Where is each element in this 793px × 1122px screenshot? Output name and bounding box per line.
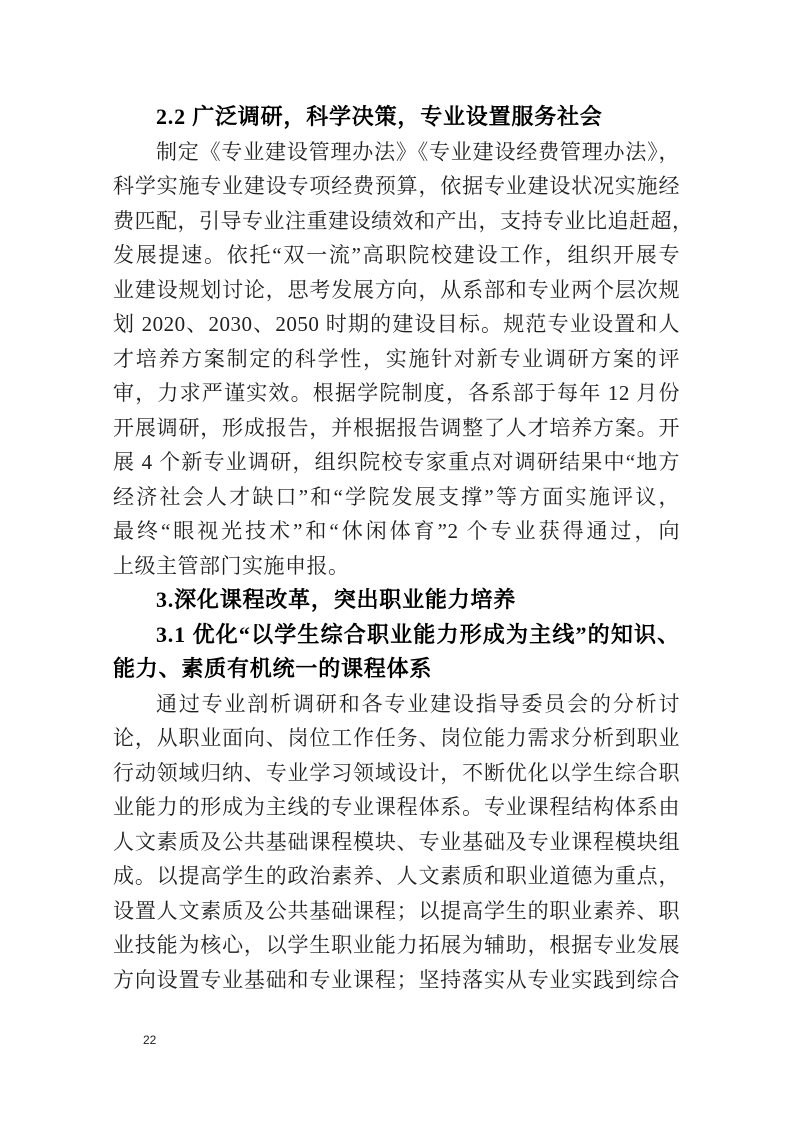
text-line: 成。以提高学生的政治素养、人文素质和职业道德为重点，	[113, 859, 680, 894]
text-line: 开展调研，形成报告，并根据报告调整了人才培养方案。开	[113, 411, 680, 446]
text-line: 费匹配，引导专业注重建设绩效和产出，支持专业比追赶超，	[113, 204, 680, 239]
text-line: 审，力求严谨实效。根据学院制度，各系部于每年 12 月份	[113, 376, 680, 411]
text-line: 方向设置专业基础和专业课程；坚持落实从专业实践到综合	[113, 963, 680, 998]
text-line: 制定《专业建设管理办法》《专业建设经费管理办法》，	[113, 135, 680, 170]
document-page: 2.2 广泛调研，科学决策，专业设置服务社会制定《专业建设管理办法》《专业建设经…	[0, 0, 793, 1122]
heading-line: 能力、素质有机统一的课程体系	[113, 652, 680, 687]
text-line: 通过专业剖析调研和各专业建设指导委员会的分析讨	[113, 687, 680, 722]
text-line: 最终“眼视光技术”和“休闲体育”2 个专业获得通过，向	[113, 514, 680, 549]
text-line: 论，从职业面向、岗位工作任务、岗位能力需求分析到职业	[113, 721, 680, 756]
text-line: 业技能为核心，以学生职业能力拓展为辅助，根据专业发展	[113, 928, 680, 963]
text-line: 展 4 个新专业调研，组织院校专家重点对调研结果中“地方	[113, 445, 680, 480]
text-line: 设置人文素质及公共基础课程；以提高学生的职业素养、职	[113, 894, 680, 929]
text-line: 上级主管部门实施申报。	[113, 549, 680, 584]
text-line: 行动领域归纳、专业学习领域设计，不断优化以学生综合职	[113, 756, 680, 791]
page-number: 22	[143, 1032, 156, 1048]
text-line: 科学实施专业建设专项经费预算，依据专业建设状况实施经	[113, 169, 680, 204]
heading-line: 3.1 优化“以学生综合职业能力形成为主线”的知识、	[113, 618, 680, 653]
text-line: 划 2020、2030、2050 时期的建设目标。规范专业设置和人	[113, 307, 680, 342]
text-line: 业能力的形成为主线的专业课程体系。专业课程结构体系由	[113, 790, 680, 825]
text-line: 才培养方案制定的科学性，实施针对新专业调研方案的评	[113, 342, 680, 377]
text-line: 人文素质及公共基础课程模块、专业基础及专业课程模块组	[113, 825, 680, 860]
text-line: 业建设规划讨论，思考发展方向，从系部和专业两个层次规	[113, 273, 680, 308]
text-line: 经济社会人才缺口”和“学院发展支撑”等方面实施评议，	[113, 480, 680, 515]
heading-line: 3.深化课程改革，突出职业能力培养	[113, 583, 680, 618]
heading-line: 2.2 广泛调研，科学决策，专业设置服务社会	[113, 100, 680, 135]
text-line: 发展提速。依托“双一流”高职院校建设工作，组织开展专	[113, 238, 680, 273]
text-column: 2.2 广泛调研，科学决策，专业设置服务社会制定《专业建设管理办法》《专业建设经…	[113, 100, 680, 997]
